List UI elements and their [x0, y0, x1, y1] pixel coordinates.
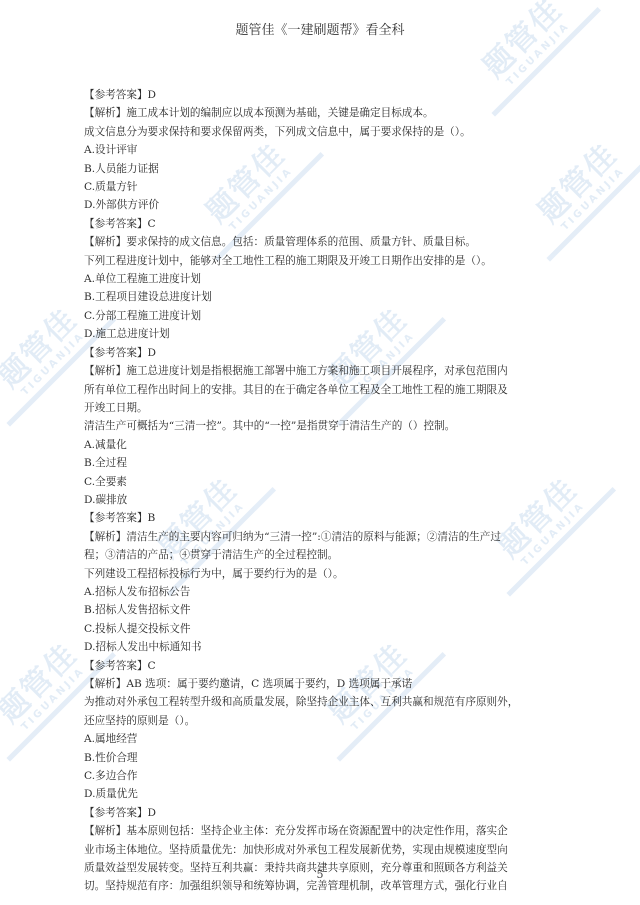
analysis-line: 【解析】清洁生产的主要内容可归纳为“三清一控”:①清洁的原料与能源；②清洁的生产… — [84, 528, 550, 546]
analysis-line: 【解析】施工成本计划的编制应以成本预测为基础，关键是确定目标成本。 — [84, 104, 550, 122]
question-block: 【参考答案】D 【解析】施工成本计划的编制应以成本预测为基础，关键是确定目标成本… — [84, 86, 550, 123]
option-b: B.招标人发售招标文件 — [84, 601, 550, 619]
analysis-label: 【解析】 — [84, 678, 126, 690]
analysis-label: 【解析】 — [84, 365, 126, 377]
option-a: A.减量化 — [84, 436, 550, 454]
question-stem: 下列建设工程招标投标行为中，属于要约行为的是（）。 — [84, 565, 550, 583]
option-d: D.招标人发出中标通知书 — [84, 638, 550, 656]
option-c: C.多边合作 — [84, 767, 550, 785]
question-block: 下列工程进度计划中，能够对全工地性工程的施工期限及开竣工日期作出安排的是（）。 … — [84, 252, 550, 418]
analysis-text: 施工总进度计划是指根据施工部署中施工方案和施工项目开展程序，对承包范围内 — [126, 365, 507, 377]
option-a: A.单位工程施工进度计划 — [84, 270, 550, 288]
analysis-line: 【解析】施工总进度计划是指根据施工部署中施工方案和施工项目开展程序，对承包范围内 — [84, 362, 550, 380]
question-block: 为推动对外承包工程转型升级和高质量发展，除坚持企业主体、互利共赢和规范有序原则外… — [84, 693, 550, 895]
option-c: C.质量方针 — [84, 178, 550, 196]
analysis-line: 【解析】AB 选项：属于要约邀请，C 选项属于要约，D 选项属于承诺 — [84, 675, 550, 693]
option-a: A.招标人发布招标公告 — [84, 583, 550, 601]
analysis-line: 【解析】基本原则包括：坚持企业主体：充分发挥市场在资源配置中的决定性作用，落实企 — [84, 822, 550, 840]
option-d: D.施工总进度计划 — [84, 325, 550, 343]
question-stem: 清洁生产可概括为“三清一控”。其中的“一控”是指贯穿于清洁生产的（）控制。 — [84, 417, 550, 435]
option-d: D.质量优先 — [84, 785, 550, 803]
analysis-label: 【解析】 — [84, 107, 126, 119]
analysis-label: 【解析】 — [84, 531, 126, 543]
option-a: A.设计评审 — [84, 141, 550, 159]
watermark-arrow-icon — [546, 152, 640, 262]
answer-line: 【参考答案】D — [84, 86, 550, 104]
page-number: 5 — [0, 868, 640, 881]
analysis-text: 要求保持的成文信息。包括：质量管理体系的范围、质量方针、质量目标。 — [126, 236, 476, 248]
answer-line: 【参考答案】D — [84, 804, 550, 822]
option-d: D.碳排放 — [84, 491, 550, 509]
question-stem: 还应坚持的原则是（）。 — [84, 712, 550, 730]
option-c: C.投标人提交投标文件 — [84, 620, 550, 638]
answer-line: 【参考答案】C — [84, 657, 550, 675]
question-block: 成文信息分为要求保持和要求保留两类，下列成文信息中，属于要求保持的是（）。 A.… — [84, 123, 550, 252]
watermark-en: TIGUANJIA — [537, 142, 640, 257]
analysis-text: 施工成本计划的编制应以成本预测为基础，关键是确定目标成本。 — [126, 107, 433, 119]
question-stem: 为推动对外承包工程转型升级和高质量发展，除坚持企业主体、互利共赢和规范有序原则外… — [84, 693, 550, 711]
analysis-line: 业市场主体地位。坚持质量优先：加快形成对外承包工程发展新优势，实现由规模速度型向 — [84, 841, 550, 859]
answer-line: 【参考答案】B — [84, 509, 550, 527]
page-header: 题管佳《一建刷题帮》看全科 — [0, 19, 640, 38]
question-stem: 成文信息分为要求保持和要求保留两类，下列成文信息中，属于要求保持的是（）。 — [84, 123, 550, 141]
option-a: A.属地经营 — [84, 730, 550, 748]
analysis-line: 所有单位工程作出时间上的安排。其目的在于确定各单位工程及全工地性工程的施工期限及 — [84, 381, 550, 399]
question-block: 清洁生产可概括为“三清一控”。其中的“一控”是指贯穿于清洁生产的（）控制。 A.… — [84, 417, 550, 564]
option-b: B.全过程 — [84, 454, 550, 472]
option-b: B.工程项目建设总进度计划 — [84, 288, 550, 306]
option-d: D.外部供方评价 — [84, 196, 550, 214]
option-b: B.人员能力证据 — [84, 160, 550, 178]
analysis-line: 开竣工日期。 — [84, 399, 550, 417]
option-b: B.性价合理 — [84, 749, 550, 767]
analysis-label: 【解析】 — [84, 825, 126, 837]
option-c: C.全要素 — [84, 473, 550, 491]
analysis-text: 清洁生产的主要内容可归纳为“三清一控”:①清洁的原料与能源；②清洁的生产过 — [126, 531, 501, 543]
answer-line: 【参考答案】C — [84, 215, 550, 233]
option-c: C.分部工程施工进度计划 — [84, 307, 550, 325]
document-body: 【参考答案】D 【解析】施工成本计划的编制应以成本预测为基础，关键是确定目标成本… — [84, 86, 550, 896]
answer-line: 【参考答案】D — [84, 344, 550, 362]
analysis-label: 【解析】 — [84, 236, 126, 248]
question-block: 下列建设工程招标投标行为中，属于要约行为的是（）。 A.招标人发布招标公告 B.… — [84, 565, 550, 694]
analysis-text: 基本原则包括：坚持企业主体：充分发挥市场在资源配置中的决定性作用，落实企 — [126, 825, 507, 837]
question-stem: 下列工程进度计划中，能够对全工地性工程的施工期限及开竣工日期作出安排的是（）。 — [84, 252, 550, 270]
analysis-line: 程；③清洁的产品；④贯穿于清洁生产的全过程控制。 — [84, 546, 550, 564]
analysis-text: AB 选项：属于要约邀请，C 选项属于要约，D 选项属于承诺 — [126, 678, 412, 690]
analysis-line: 【解析】要求保持的成文信息。包括：质量管理体系的范围、质量方针、质量目标。 — [84, 233, 550, 251]
